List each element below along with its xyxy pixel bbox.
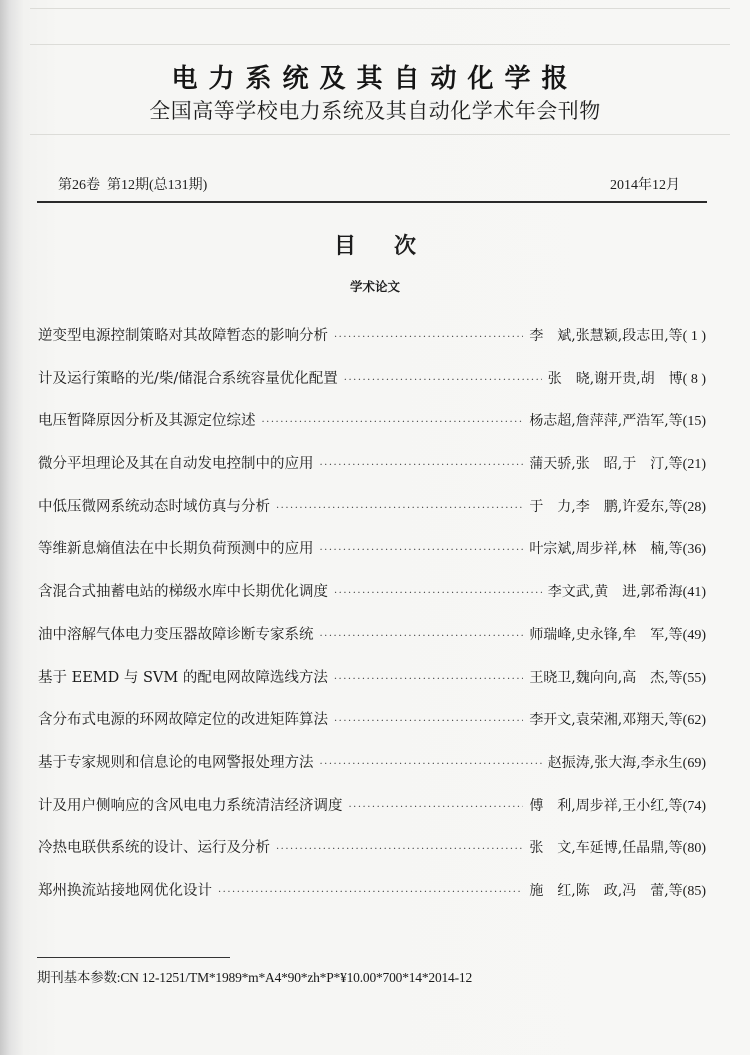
dot-leader [334,674,523,685]
article-title[interactable]: 含混合式抽蓄电站的梯级水库中长期优化调度 [38,580,328,601]
bleed-through-rule [30,134,730,135]
article-authors: 蒲天骄,张 昭,于 汀,等 [529,453,682,473]
dot-leader [218,887,523,898]
article-authors: 张 文,车延博,任晶鼎,等 [529,837,682,857]
article-title[interactable]: 中低压微网系统动态时域仿真与分析 [38,495,270,516]
footnote-divider [37,957,230,958]
issue-date: 2014年12月 [610,174,680,194]
article-authors: 叶宗斌,周步祥,林 楠,等 [529,538,682,558]
toc-entry[interactable]: 郑州换流站接地网优化设计 施 红,陈 政,冯 蕾,等 (85) [38,879,706,922]
page-number: (85) [683,884,706,900]
toc-entry[interactable]: 油中溶解气体电力变压器故障诊断专家系统 师瑞峰,史永锋,牟 军,等 (49) [38,623,706,666]
journal-parameters: 期刊基本参数:CN 12-1251/TM*1989*m*A4*90*zh*P*¥… [37,966,472,986]
page-number: (21) [683,457,706,473]
article-authors: 张 晓,谢开贵,胡 博 [548,368,683,388]
article-authors: 李 斌,张慧颖,段志田,等 [529,325,682,345]
dot-leader [320,545,524,556]
article-title[interactable]: 基于 EEMD 与 SVM 的配电网故障选线方法 [38,666,328,687]
article-authors: 师瑞峰,史永锋,牟 军,等 [529,624,682,644]
toc-entry[interactable]: 等维新息熵值法在中长期负荷预测中的应用 叶宗斌,周步祥,林 楠,等 (36) [38,537,706,580]
article-title[interactable]: 冷热电联供系统的设计、运行及分析 [38,836,270,857]
dot-leader [320,631,524,642]
dot-leader [334,716,523,727]
page-number: (80) [683,841,706,857]
toc-entry[interactable]: 微分平坦理论及其在自动发电控制中的应用 蒲天骄,张 昭,于 汀,等 (21) [38,452,706,495]
article-title[interactable]: 计及运行策略的光/柴/储混合系统容量优化配置 [38,367,338,388]
bleed-through-rule [30,8,730,9]
dot-leader [344,375,542,386]
journal-subtitle: 全国高等学校电力系统及其自动化学术年会刊物 [0,95,750,125]
article-title[interactable]: 逆变型电源控制策略对其故障暂态的影响分析 [38,324,328,345]
page-number: (41) [683,585,706,601]
toc-entry[interactable]: 计及用户侧响应的含风电电力系统清洁经济调度 傅 利,周步祥,王小红,等 (74) [38,794,706,837]
header-divider [37,201,707,203]
page-number: (55) [683,671,706,687]
article-title[interactable]: 含分布式电源的环网故障定位的改进矩阵算法 [38,708,328,729]
article-authors: 施 红,陈 政,冯 蕾,等 [529,880,682,900]
article-title[interactable]: 计及用户侧响应的含风电电力系统清洁经济调度 [38,794,343,815]
toc-heading: 目次 [0,229,750,260]
article-authors: 杨志超,詹萍萍,严浩军,等 [529,410,682,430]
page-number: (36) [683,542,706,558]
dot-leader [262,417,524,428]
article-title[interactable]: 油中溶解气体电力变压器故障诊断专家系统 [38,623,314,644]
dot-leader [349,802,524,813]
page-number: ( 1 ) [683,329,706,345]
article-authors: 傅 利,周步祥,王小红,等 [529,795,682,815]
page-number: (69) [683,756,706,772]
article-title[interactable]: 郑州换流站接地网优化设计 [38,879,212,900]
article-title[interactable]: 电压暂降原因分析及其源定位综述 [38,409,256,430]
section-heading: 学术论文 [0,277,750,295]
page-number: (74) [683,799,706,815]
article-title[interactable]: 微分平坦理论及其在自动发电控制中的应用 [38,452,314,473]
article-authors: 李文武,黄 进,郭希海 [548,581,683,601]
page-number: (62) [683,713,706,729]
toc-entry[interactable]: 计及运行策略的光/柴/储混合系统容量优化配置 张 晓,谢开贵,胡 博 ( 8 ) [38,367,706,410]
page-number: (49) [683,628,706,644]
dot-leader [334,332,523,343]
dot-leader [276,844,523,855]
dot-leader [320,759,542,770]
journal-title: 电力系统及其自动化学报 [0,58,750,95]
toc-entry[interactable]: 中低压微网系统动态时域仿真与分析 于 力,李 鹏,许爱东,等 (28) [38,495,706,538]
toc-entry[interactable]: 逆变型电源控制策略对其故障暂态的影响分析 李 斌,张慧颖,段志田,等 ( 1 ) [38,324,706,367]
toc-entry[interactable]: 基于专家规则和信息论的电网警报处理方法 赵振涛,张大海,李永生 (69) [38,751,706,794]
article-authors: 赵振涛,张大海,李永生 [548,752,683,772]
toc-entry[interactable]: 含分布式电源的环网故障定位的改进矩阵算法 李开文,袁荣湘,邓翔天,等 (62) [38,708,706,751]
article-title[interactable]: 等维新息熵值法在中长期负荷预测中的应用 [38,537,314,558]
toc-entry[interactable]: 电压暂降原因分析及其源定位综述 杨志超,詹萍萍,严浩军,等 (15) [38,409,706,452]
dot-leader [276,503,523,514]
toc-entry[interactable]: 冷热电联供系统的设计、运行及分析 张 文,车延博,任晶鼎,等 (80) [38,836,706,879]
page-number: (28) [683,500,706,516]
toc-entry[interactable]: 基于 EEMD 与 SVM 的配电网故障选线方法 王晓卫,魏向向,高 杰,等 (… [38,666,706,709]
article-title[interactable]: 基于专家规则和信息论的电网警报处理方法 [38,751,314,772]
toc-entry[interactable]: 含混合式抽蓄电站的梯级水库中长期优化调度 李文武,黄 进,郭希海 (41) [38,580,706,623]
bleed-through-rule [30,44,730,45]
page-number: ( 8 ) [683,372,706,388]
toc-list: 逆变型电源控制策略对其故障暂态的影响分析 李 斌,张慧颖,段志田,等 ( 1 )… [38,324,706,922]
page-number: (15) [683,414,706,430]
article-authors: 李开文,袁荣湘,邓翔天,等 [529,709,682,729]
issue-info: 第26卷 第12期(总131期) [58,174,207,194]
article-authors: 于 力,李 鹏,许爱东,等 [529,496,682,516]
dot-leader [320,460,524,471]
dot-leader [334,588,542,599]
article-authors: 王晓卫,魏向向,高 杰,等 [529,667,682,687]
